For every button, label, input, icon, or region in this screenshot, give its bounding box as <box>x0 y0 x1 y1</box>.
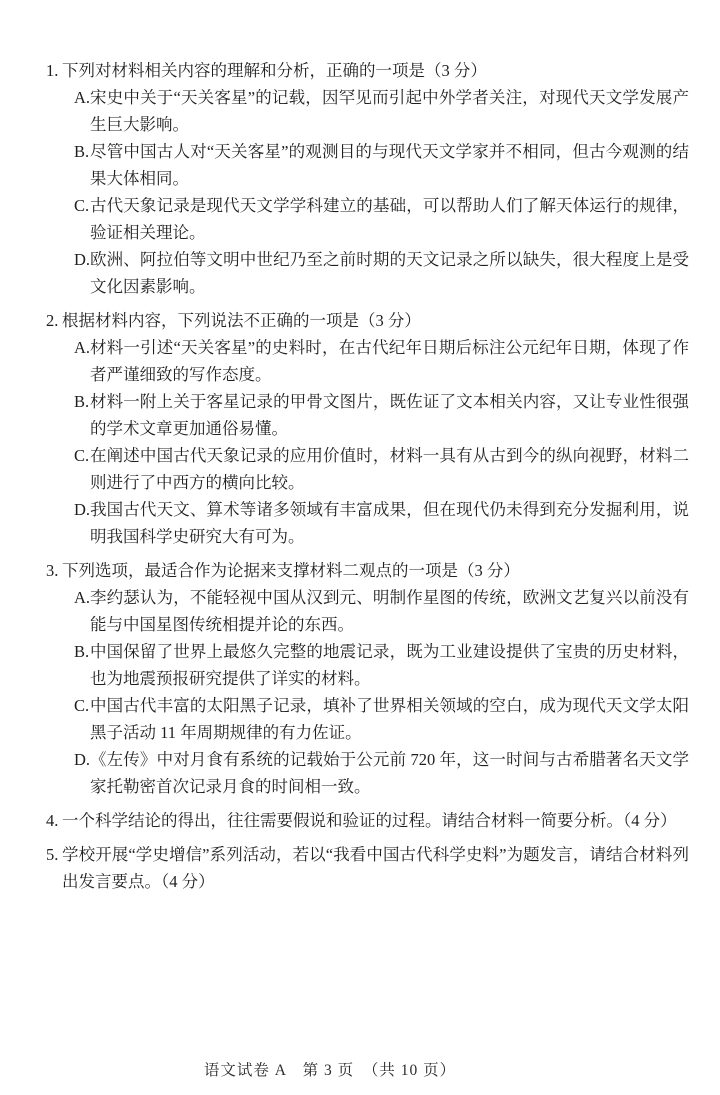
option-b: B. 材料一附上关于客星记录的甲骨文图片，既佐证了文本相关内容，又让专业性很强的… <box>47 388 689 442</box>
option-letter: C. <box>74 192 89 219</box>
option-d: D. 我国古代天文、算术等诸多领域有丰富成果，但在现代仍未得到充分发掘利用，说明… <box>47 496 689 550</box>
option-letter: B. <box>74 388 89 415</box>
option-letter: C. <box>74 692 89 719</box>
option-text: 我国古代天文、算术等诸多领域有丰富成果，但在现代仍未得到充分发掘利用，说明我国科… <box>90 500 689 546</box>
questions-section: 1. 下列对材料相关内容的理解和分析，正确的一项是（3 分） A. 宋史中关于“… <box>47 57 689 895</box>
option-text: 欧洲、阿拉伯等文明中世纪乃至之前时期的天文记录之所以缺失，很大程度上是受文化因素… <box>90 250 689 296</box>
option-letter: D. <box>74 496 90 523</box>
option-c: C. 中国古代丰富的太阳黑子记录，填补了世界相关领域的空白，成为现代天文学太阳黑… <box>47 692 689 746</box>
question-number: 1. <box>46 57 58 84</box>
question-number: 2. <box>46 307 58 334</box>
option-letter: A. <box>74 584 90 611</box>
option-c: C. 在阐述中国古代天象记录的应用价值时，材料一具有从古到今的纵向视野，材料二则… <box>47 442 689 496</box>
option-letter: A. <box>74 84 90 111</box>
question-stem-text: 下列选项，最适合作为论据来支撑材料二观点的一项是（3 分） <box>62 561 520 580</box>
question-stem: 1. 下列对材料相关内容的理解和分析，正确的一项是（3 分） <box>47 57 689 84</box>
option-text: 《左传》中对月食有系统的记载始于公元前 720 年，这一时间与古希腊著名天文学家… <box>90 750 689 796</box>
option-d: D. 欧洲、阿拉伯等文明中世纪乃至之前时期的天文记录之所以缺失，很大程度上是受文… <box>47 246 689 300</box>
question-number: 3. <box>46 557 58 584</box>
option-a: A. 李约瑟认为，不能轻视中国从汉到元、明制作星图的传统，欧洲文艺复兴以前没有能… <box>47 584 689 638</box>
option-letter: C. <box>74 442 89 469</box>
option-c: C. 古代天象记录是现代天文学学科建立的基础，可以帮助人们了解天体运行的规律，验… <box>47 192 689 246</box>
option-text: 材料一引述“天关客星”的史料时，在古代纪年日期后标注公元纪年日期，体现了作者严谨… <box>90 338 689 384</box>
option-text: 古代天象记录是现代天文学学科建立的基础，可以帮助人们了解天体运行的规律，验证相关… <box>90 196 689 242</box>
exam-paper-page: 1. 下列对材料相关内容的理解和分析，正确的一项是（3 分） A. 宋史中关于“… <box>0 0 720 1095</box>
option-a: A. 宋史中关于“天关客星”的记载，因罕见而引起中外学者关注，对现代天文学发展产… <box>47 84 689 138</box>
option-letter: B. <box>74 638 89 665</box>
option-text: 在阐述中国古代天象记录的应用价值时，材料一具有从古到今的纵向视野，材料二则进行了… <box>90 446 689 492</box>
question-stem-text: 下列对材料相关内容的理解和分析，正确的一项是（3 分） <box>62 61 487 80</box>
option-letter: A. <box>74 334 90 361</box>
question-number: 4. <box>46 807 58 834</box>
question-2: 2. 根据材料内容，下列说法不正确的一项是（3 分） A. 材料一引述“天关客星… <box>47 307 689 550</box>
question-4: 4. 一个科学结论的得出，往往需要假说和验证的过程。请结合材料一简要分析。（4 … <box>47 807 689 834</box>
option-text: 尽管中国古人对“天关客星”的观测目的与现代天文学家并不相同，但古今观测的结果大体… <box>90 142 689 188</box>
question-stem: 2. 根据材料内容，下列说法不正确的一项是（3 分） <box>47 307 689 334</box>
question-5: 5. 学校开展“学史增信”系列活动，若以“我看中国古代科学史料”为题发言，请结合… <box>47 841 689 895</box>
question-stem-text: 根据材料内容，下列说法不正确的一项是（3 分） <box>62 311 421 330</box>
question-stem: 5. 学校开展“学史增信”系列活动，若以“我看中国古代科学史料”为题发言，请结合… <box>47 841 689 895</box>
question-1: 1. 下列对材料相关内容的理解和分析，正确的一项是（3 分） A. 宋史中关于“… <box>47 57 689 300</box>
option-text: 宋史中关于“天关客星”的记载，因罕见而引起中外学者关注，对现代天文学发展产生巨大… <box>90 88 689 134</box>
option-b: B. 中国保留了世界上最悠久完整的地震记录，既为工业建设提供了宝贵的历史材料，也… <box>47 638 689 692</box>
question-stem-text: 一个科学结论的得出，往往需要假说和验证的过程。请结合材料一简要分析。（4 分） <box>62 811 677 830</box>
question-stem-text: 学校开展“学史增信”系列活动，若以“我看中国古代科学史料”为题发言，请结合材料列… <box>62 845 689 891</box>
question-stem: 4. 一个科学结论的得出，往往需要假说和验证的过程。请结合材料一简要分析。（4 … <box>47 807 689 834</box>
option-a: A. 材料一引述“天关客星”的史料时，在古代纪年日期后标注公元纪年日期，体现了作… <box>47 334 689 388</box>
question-number: 5. <box>46 841 58 868</box>
option-d: D. 《左传》中对月食有系统的记载始于公元前 720 年，这一时间与古希腊著名天… <box>47 746 689 800</box>
option-text: 李约瑟认为，不能轻视中国从汉到元、明制作星图的传统，欧洲文艺复兴以前没有能与中国… <box>90 588 689 634</box>
question-3: 3. 下列选项，最适合作为论据来支撑材料二观点的一项是（3 分） A. 李约瑟认… <box>47 557 689 800</box>
option-letter: D. <box>74 246 90 273</box>
page-footer: 语文试卷 A 第 3 页 （共 10 页） <box>0 1057 660 1084</box>
option-text: 材料一附上关于客星记录的甲骨文图片，既佐证了文本相关内容，又让专业性很强的学术文… <box>90 392 689 438</box>
option-text: 中国保留了世界上最悠久完整的地震记录，既为工业建设提供了宝贵的历史材料，也为地震… <box>90 642 689 688</box>
option-text: 中国古代丰富的太阳黑子记录，填补了世界相关领域的空白，成为现代天文学太阳黑子活动… <box>90 696 689 742</box>
option-b: B. 尽管中国古人对“天关客星”的观测目的与现代天文学家并不相同，但古今观测的结… <box>47 138 689 192</box>
question-stem: 3. 下列选项，最适合作为论据来支撑材料二观点的一项是（3 分） <box>47 557 689 584</box>
option-letter: D. <box>74 746 90 773</box>
option-letter: B. <box>74 138 89 165</box>
